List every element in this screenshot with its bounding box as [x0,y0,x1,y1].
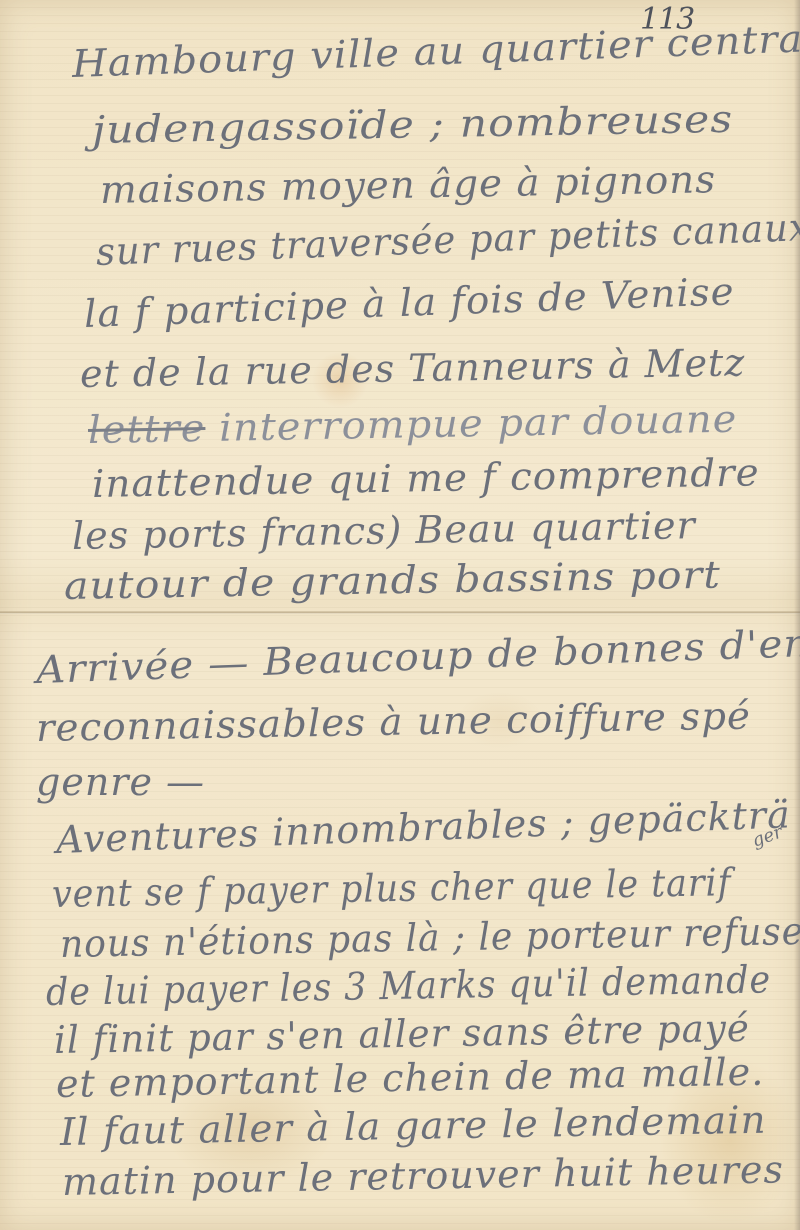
handwritten-line-10: autour de grands bassins port [64,553,722,608]
handwritten-line-7: lettre (lettre interrompue par douane in… [88,397,738,452]
handwritten-line-3: maisons moyen âge à pignons [100,157,717,212]
handwritten-line-8: inattendue qui me f comprendre [92,450,760,506]
handwritten-line-11: Arrivée — Beaucoup de bonnes d'enf [35,620,800,692]
handwritten-line-5: la f participe à la fois de Venise [83,269,735,336]
handwritten-line-12: reconnaissables à une coiffure spé [36,694,752,750]
handwritten-line-16: nous n'étions pas là ; le porteur refuse [60,909,800,966]
handwritten-line-4: sur rues traversée par petits canaux [95,205,800,274]
handwritten-line-1: Hambourg ville au quartier central [71,16,800,86]
handwritten-line-20: Il faut aller à la gare le lendemain [60,1098,767,1154]
handwritten-line-6: et de la rue des Tanneurs à Metz [80,340,746,396]
paper-edge-shadow [794,0,800,1230]
handwritten-line-13: genre — [36,760,205,804]
letter-page: 113 Hambourg ville au quartier central j… [0,0,800,1230]
handwritten-line-17: de lui payer les 3 Marks qu'il demande [46,957,772,1014]
paper-fold-line [0,611,800,614]
handwritten-line-2: judengassoïde ; nombreuses [92,97,734,152]
handwritten-line-15: vent se f payer plus cher que le tarif [52,860,732,916]
handwritten-line-21: matin pour le retrouver huit heures [62,1147,785,1204]
struck-word: lettre [88,406,206,452]
handwritten-line-7-rest: interrompue par douane [219,397,738,450]
handwritten-line-9: les ports francs) Beau quartier [72,503,696,558]
